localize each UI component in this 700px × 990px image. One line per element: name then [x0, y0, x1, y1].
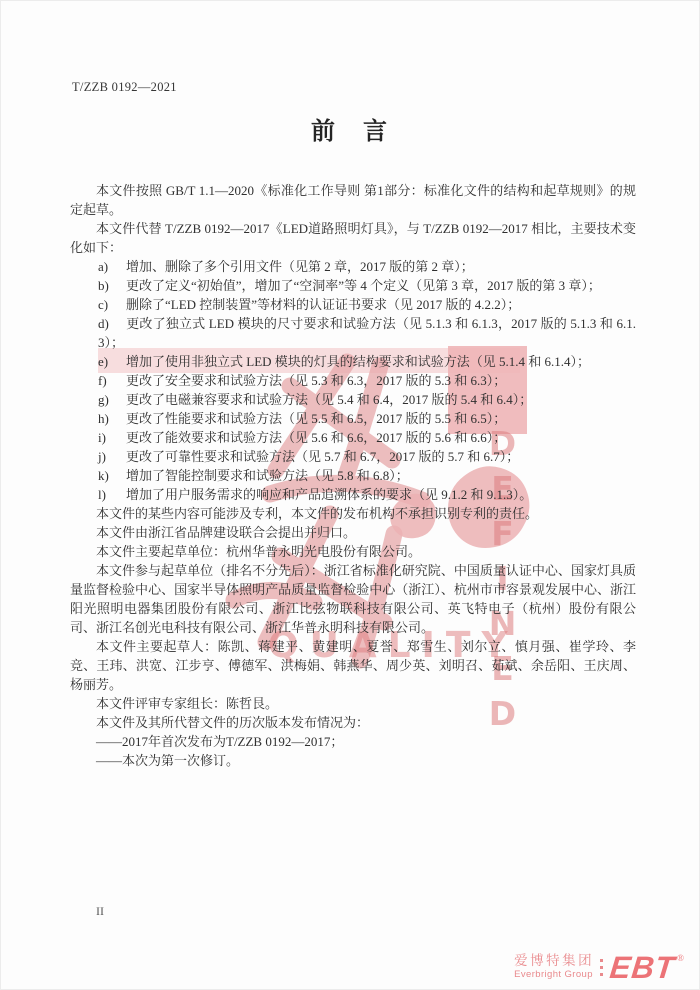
change-item-label: g) — [98, 390, 114, 409]
page-title: 前 言 — [0, 111, 700, 146]
change-item-label: i) — [98, 428, 114, 447]
foreword-paragraph: 本文件按照 GB/T 1.1—2020《标准化工作导则 第1部分：标准化文件的结… — [70, 181, 636, 219]
change-item-text: 更改了电磁兼容要求和试验方法（见 5.4 和 6.4，2017 版的 5.4 和… — [126, 392, 532, 407]
change-item-label: f) — [98, 371, 114, 390]
statement-paragraph: 本文件由浙江省品牌建设联合会提出并归口。 — [70, 523, 636, 542]
change-item-label: h) — [98, 409, 114, 428]
change-item-text: 增加了用户服务需求的响应和产品追溯体系的要求（见 9.1.2 和 9.1.3）。 — [126, 487, 532, 502]
change-item-label: c) — [98, 295, 114, 314]
change-item: l)增加了用户服务需求的响应和产品追溯体系的要求（见 9.1.2 和 9.1.3… — [70, 485, 636, 504]
brand-names: 爱博特集团 Everbright Group — [514, 954, 594, 980]
foreword-paragraph: 本文件代替 T/ZZB 0192—2017《LED道路照明灯具》，与 T/ZZB… — [70, 219, 636, 257]
change-item-label: a) — [98, 257, 114, 276]
change-item: j)更改了可靠性要求和试验方法（见 5.7 和 6.7，2017 版的 5.7 … — [70, 447, 636, 466]
change-item: g)更改了电磁兼容要求和试验方法（见 5.4 和 6.4，2017 版的 5.4… — [70, 390, 636, 409]
history-item: ——本次为第一次修订。 — [70, 751, 636, 770]
brand-abbr-ebt: EBT — [609, 952, 677, 983]
change-item-text: 删除了“LED 控制装置”等材料的认证证书要求（见 2017 版的 4.2.2）… — [126, 297, 520, 312]
change-item-text: 增加了智能控制要求和试验方法（见 5.8 和 6.8）； — [126, 468, 409, 483]
change-item: b)更改了定义“初始值”，增加了“空洞率”等 4 个定义（见第 3 章，2017… — [70, 276, 636, 295]
statement-paragraph: 本文件及其所代替文件的历次版本发布情况为： — [70, 713, 636, 732]
change-item: c)删除了“LED 控制装置”等材料的认证证书要求（见 2017 版的 4.2.… — [70, 295, 636, 314]
brand-name-en: Everbright Group — [514, 969, 594, 980]
change-item-text: 更改了能效要求和试验方法（见 5.6 和 6.6，2017 版的 5.6 和 6… — [126, 430, 506, 445]
change-item: d)更改了独立式 LED 模块的尺寸要求和试验方法（见 5.1.3 和 6.1.… — [70, 314, 636, 352]
change-item: a)增加、删除了多个引用文件（见第 2 章，2017 版的第 2 章）； — [70, 257, 636, 276]
registered-trademark-icon: ® — [677, 953, 684, 963]
change-item-text: 增加了使用非独立式 LED 模块的灯具的结构要求和试验方法（见 5.1.4 和 … — [126, 354, 590, 369]
history-item: ——2017年首次发布为T/ZZB 0192—2017； — [70, 732, 636, 751]
change-item-text: 更改了独立式 LED 模块的尺寸要求和试验方法（见 5.1.3 和 6.1.3，… — [98, 316, 636, 350]
change-item-label: k) — [98, 466, 114, 485]
everbright-group-logo: 爱博特集团 Everbright Group EBT ® — [514, 952, 684, 983]
change-item-text: 更改了性能要求和试验方法（见 5.5 和 6.5，2017 版的 5.5 和 6… — [126, 411, 506, 426]
change-item: k)增加了智能控制要求和试验方法（见 5.8 和 6.8）； — [70, 466, 636, 485]
statement-paragraph: 本文件主要起草人：陈凯、蒋建平、黄建明、夏誉、郑雪生、刘尔立、慎月强、崔学玲、李… — [70, 637, 636, 694]
document-body: 本文件按照 GB/T 1.1—2020《标准化工作导则 第1部分：标准化文件的结… — [70, 181, 636, 770]
change-item-label: j) — [98, 447, 114, 466]
change-item-text: 更改了定义“初始值”，增加了“空洞率”等 4 个定义（见第 3 章，2017 版… — [126, 278, 601, 293]
statement-paragraph: 本文件的某些内容可能涉及专利，本文件的发布机构不承担识别专利的责任。 — [70, 504, 636, 523]
change-item-label: b) — [98, 276, 114, 295]
change-item: e)增加了使用非独立式 LED 模块的灯具的结构要求和试验方法（见 5.1.4 … — [70, 352, 636, 371]
change-item-label: d) — [98, 314, 114, 333]
change-item-label: e) — [98, 352, 114, 371]
change-item-label: l) — [98, 485, 114, 504]
statement-paragraph: 本文件评审专家组长：陈哲艮。 — [70, 694, 636, 713]
brand-name-cn: 爱博特集团 — [514, 954, 594, 969]
statement-paragraph: 本文件参与起草单位（排名不分先后）：浙江省标准化研究院、中国质量认证中心、国家灯… — [70, 561, 636, 637]
change-item-text: 更改了可靠性要求和试验方法（见 5.7 和 6.7，2017 版的 5.7 和 … — [126, 449, 519, 464]
change-item-text: 更改了安全要求和试验方法（见 5.3 和 6.3，2017 版的 5.3 和 6… — [126, 373, 506, 388]
scanned-standard-page: T/ZZB 0192—2021 前 言 DEFINED QUALITY — [0, 0, 700, 990]
technical-changes-list: a)增加、删除了多个引用文件（见第 2 章，2017 版的第 2 章）； b)更… — [70, 257, 636, 504]
brand-divider-dots-icon — [600, 959, 603, 976]
change-item: f)更改了安全要求和试验方法（见 5.3 和 6.3，2017 版的 5.3 和… — [70, 371, 636, 390]
change-item-text: 增加、删除了多个引用文件（见第 2 章，2017 版的第 2 章）； — [126, 259, 474, 274]
change-item: i)更改了能效要求和试验方法（见 5.6 和 6.6，2017 版的 5.6 和… — [70, 428, 636, 447]
doc-number: T/ZZB 0192—2021 — [72, 80, 177, 95]
change-item: h)更改了性能要求和试验方法（见 5.5 和 6.5，2017 版的 5.5 和… — [70, 409, 636, 428]
page-number: II — [96, 904, 104, 919]
statement-paragraph: 本文件主要起草单位：杭州华普永明光电股份有限公司。 — [70, 542, 636, 561]
